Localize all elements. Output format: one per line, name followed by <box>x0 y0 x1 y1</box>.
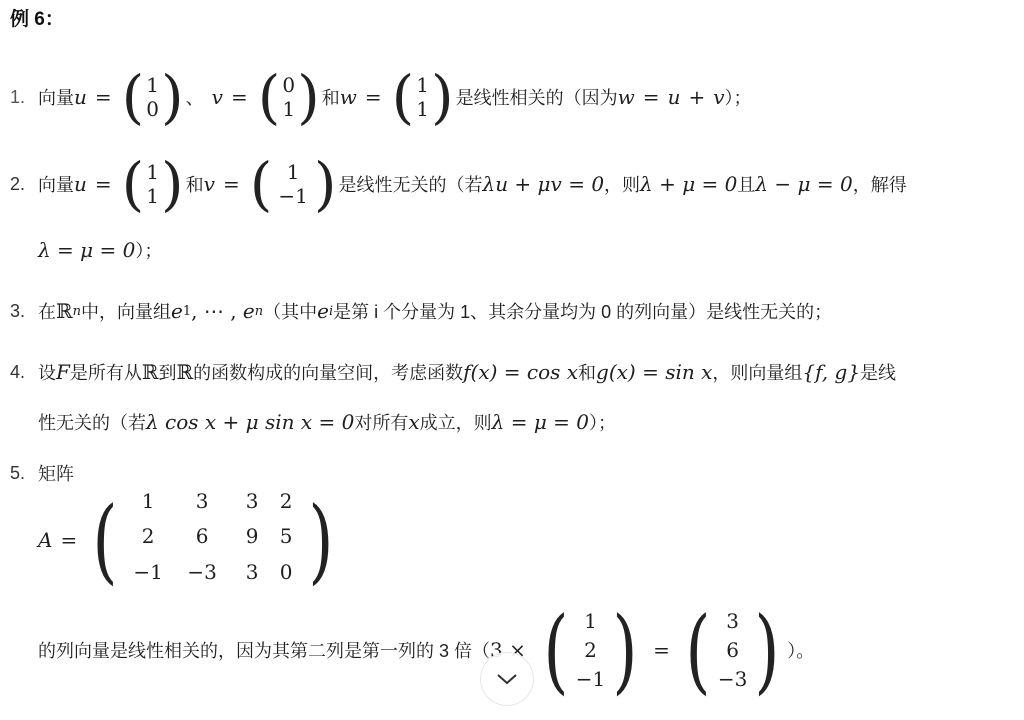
item-text: 是线性无关的（若 <box>339 171 483 197</box>
list-item-3: 3. 在 ℝn 中，向量组 e1 , ⋯ , en （其中 ei 是第 i 个分… <box>0 297 832 325</box>
item-number: 2. <box>0 174 38 195</box>
list-item-1: 1. 向量 u = ( 10 ) 、 v = ( 01 ) 和 w = ( 11… <box>0 66 752 128</box>
column-vector-1: ( 12−1 ) <box>538 597 643 704</box>
list-item-2-continuation: λ = μ = 0 ）； <box>38 236 162 264</box>
item-text: ）； <box>135 237 162 263</box>
item-text: 和 <box>322 84 340 110</box>
list-item-5: 5. 矩阵 <box>0 459 74 487</box>
item-text: 向量 <box>38 84 74 110</box>
math-var-w: w <box>340 85 357 109</box>
vector-w: ( 11 ) <box>392 63 454 131</box>
list-item-4: 4. 设 F 是所有从 ℝ 到 ℝ 的函数构成的向量空间，考虑函数 f(x) =… <box>0 357 896 387</box>
column-vector-2: ( 36−3 ) <box>680 597 785 704</box>
vector-v: ( 1−1 ) <box>250 150 337 218</box>
math-set-reals: ℝ <box>56 299 73 323</box>
matrix-cell: 6 <box>171 522 233 558</box>
math-expr: λ + μ = 0 <box>640 172 737 196</box>
list-item-4-continuation: 性无关的（若 λ cos x + μ sin x = 0 对所有 x 成立，则 … <box>38 407 616 437</box>
math-var-v: v <box>212 85 223 109</box>
item-text: 是第 i 个分量为 1、其余分量均为 0 的列向量）是线性无关的； <box>333 298 832 324</box>
matrix-cell: 5 <box>271 522 301 558</box>
item-number: 3. <box>0 301 38 322</box>
item-text: ，则 <box>604 171 640 197</box>
matrix-cell: 3 <box>233 558 271 594</box>
matrix-cell: 1 <box>125 487 171 523</box>
item-text: 矩阵 <box>38 460 74 486</box>
math-expr: f(x) = cos x <box>463 360 578 384</box>
item-text: 的列向量是线性相关的，因为其第二列是第一列的 3 倍（ <box>38 637 490 663</box>
vector-u: ( 10 ) <box>122 63 184 131</box>
item-text: 和 <box>186 171 204 197</box>
math-expr: λ = μ = 0 <box>38 238 135 262</box>
list-item-2: 2. 向量 u = ( 11 ) 和 v = ( 1−1 ) 是线性无关的（若 … <box>0 153 907 215</box>
matrix-cell: 3 <box>233 487 271 523</box>
item-text: 是线性相关的（因为 <box>456 84 618 110</box>
math-var-u: u <box>74 85 87 109</box>
item-text: 、 <box>186 84 204 110</box>
chevron-down-icon <box>496 672 518 686</box>
matrix-cell: 2 <box>271 487 301 523</box>
vector-u: ( 11 ) <box>122 150 184 218</box>
item-text: ）； <box>725 84 752 110</box>
math-expr: λ − μ = 0 <box>755 172 852 196</box>
matrix-cell: 0 <box>271 558 301 594</box>
matrix-equation: A = ( 13322695−1−330 ) <box>38 494 341 586</box>
item-number: 1. <box>0 87 38 108</box>
math-expr: {f, g} <box>802 360 860 384</box>
math-expr: λ cos x + μ sin x = 0 <box>146 410 354 434</box>
item-text: ，解得 <box>853 171 907 197</box>
example-title: 例 6： <box>10 4 64 31</box>
vector-v: ( 01 ) <box>258 63 320 131</box>
matrix-cell: −1 <box>125 558 171 594</box>
item-text: 向量 <box>38 171 74 197</box>
item-text: ）。 <box>787 637 814 663</box>
matrix-cell: 3 <box>171 487 233 523</box>
math-expr: λ = μ = 0 <box>492 410 589 434</box>
item-number: 5. <box>0 463 38 484</box>
matrix-cell: 9 <box>233 522 271 558</box>
math-expr: λu + μv = 0 <box>483 172 605 196</box>
matrix-cell: −3 <box>171 558 233 594</box>
item-number: 4. <box>0 362 38 383</box>
item-text: 且 <box>737 171 755 197</box>
scroll-down-button[interactable] <box>480 652 534 706</box>
math-eq: = <box>95 85 112 109</box>
math-expr: g(x) = sin x <box>596 360 712 384</box>
matrix-A: ( 13322695−1−330 ) <box>87 487 339 594</box>
matrix-cell: 2 <box>125 522 171 558</box>
conclusion-line: 的列向量是线性相关的，因为其第二列是第一列的 3 倍（ 3 × ( 12−1 )… <box>38 604 814 696</box>
